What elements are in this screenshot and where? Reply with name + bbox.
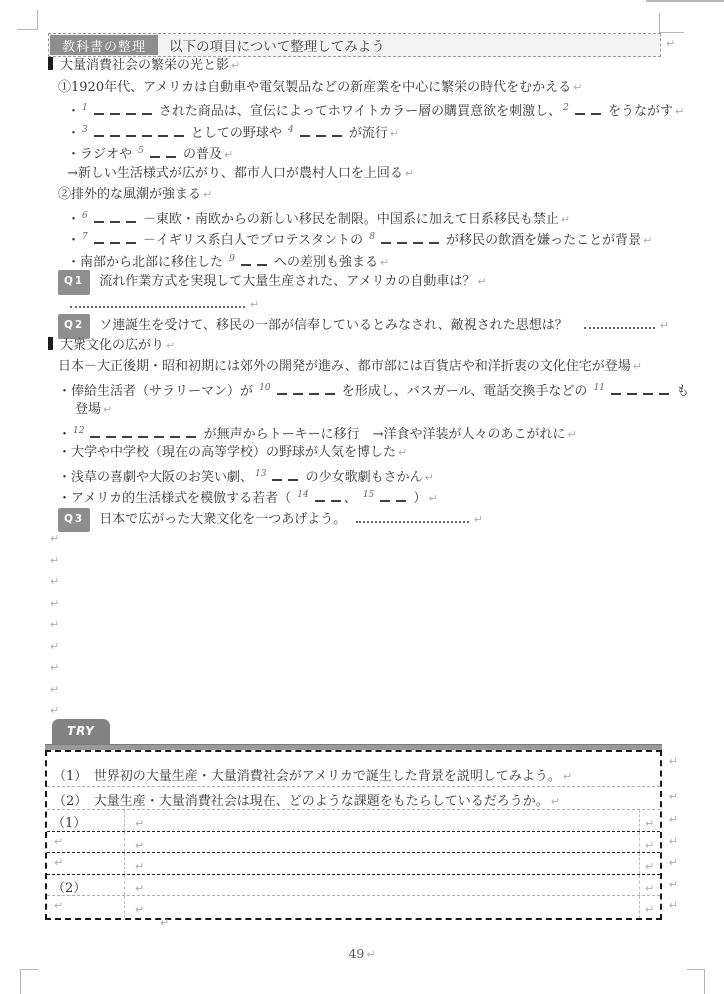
blank-line bbox=[126, 102, 136, 115]
doc-line: ↵ bbox=[48, 614, 668, 636]
paragraph-mark: ↵ bbox=[231, 59, 240, 72]
header-instruction: 以下の項目について整理してみよう bbox=[169, 35, 385, 55]
page-footer: 49↵ bbox=[0, 946, 724, 961]
blank-line bbox=[396, 489, 406, 502]
doc-line: ・アメリカ的生活様式を模倣する若者（ 14、 15 ）↵ bbox=[48, 485, 668, 507]
answer-row-right-cell: ↵ bbox=[639, 875, 660, 896]
text: －イギリス系白人でプロテスタントの bbox=[139, 233, 368, 248]
blank-line bbox=[142, 124, 152, 137]
blank-line bbox=[154, 425, 164, 438]
page-edge-line bbox=[646, 0, 724, 2]
paragraph-mark: ↵ bbox=[660, 319, 669, 332]
doc-line: ・3 としての野球や 4 が流行↵ bbox=[48, 120, 668, 142]
blank-line bbox=[126, 124, 136, 137]
paragraph-mark: ↵ bbox=[366, 948, 375, 961]
paragraph-mark: ↵ bbox=[669, 813, 678, 826]
paragraph-mark: ↵ bbox=[645, 817, 654, 830]
text: 登場 bbox=[75, 402, 101, 417]
blank-line bbox=[397, 231, 407, 244]
paragraph-mark: ↵ bbox=[563, 770, 572, 783]
text: が移民の飲酒を嫌ったことが背景 bbox=[442, 233, 641, 248]
paragraph-mark: ↵ bbox=[135, 860, 144, 873]
blank-line bbox=[293, 382, 303, 395]
text: ） bbox=[409, 491, 426, 506]
paragraph-mark: ↵ bbox=[50, 640, 59, 653]
blank-line bbox=[94, 102, 104, 115]
blank-line bbox=[94, 210, 104, 223]
doc-line: ・12 が無声からトーキーに移行 →洋食や洋装が人々のあこがれに↵ bbox=[48, 421, 668, 443]
text: 、 bbox=[344, 491, 361, 506]
blank-line bbox=[643, 382, 653, 395]
fill-in-blanks bbox=[147, 147, 179, 162]
blank-line bbox=[627, 382, 637, 395]
doc-line: ・南部から北部に移住した 9 への差別も強まる↵ bbox=[48, 249, 668, 271]
fill-in-blanks bbox=[91, 233, 139, 248]
blank-line bbox=[110, 102, 120, 115]
header-label: 教科書の整理 bbox=[50, 35, 158, 55]
paragraph-mark: ↵ bbox=[103, 403, 112, 416]
blank-line bbox=[138, 425, 148, 438]
doc-line: 登場↵ bbox=[48, 399, 668, 421]
blank-line bbox=[166, 145, 176, 158]
blank-line bbox=[158, 124, 168, 137]
paragraph-mark: ↵ bbox=[428, 492, 437, 505]
section-bar-icon bbox=[48, 337, 53, 350]
fill-in-blanks bbox=[274, 384, 338, 399]
doc-line: Q1流れ作業方式を実現して大量生産された、アメリカの自動車は？↵ bbox=[48, 270, 668, 292]
doc-line: Q2ソ連誕生を受けて、移民の一部が信奉しているとみなされ、敵視された思想は？ ↵ bbox=[48, 313, 668, 335]
text: ・ bbox=[67, 126, 80, 141]
blank-line bbox=[257, 253, 267, 266]
try-answer-area: （1）↵↵↵↵↵↵↵↵↵↵↵（2）↵↵↵↵↵↵↵ bbox=[47, 810, 660, 918]
blank-line bbox=[277, 382, 287, 395]
paragraph-mark: ↵ bbox=[160, 916, 169, 929]
blank-line bbox=[186, 425, 196, 438]
answer-row-content: ↵ bbox=[125, 832, 639, 853]
blank-number: 1 bbox=[82, 103, 88, 113]
paragraph-mark: ↵ bbox=[551, 795, 560, 808]
text: ・ bbox=[67, 104, 80, 119]
answer-row-right-cell: ↵ bbox=[639, 832, 660, 853]
doc-line: ↵ bbox=[48, 550, 668, 572]
paragraph-mark: ↵ bbox=[135, 882, 144, 895]
answer-row-right-cell: ↵ bbox=[639, 853, 660, 874]
text: 日本で広がった大衆文化を一つあげよう。 bbox=[99, 512, 353, 527]
fill-in-blanks bbox=[572, 104, 604, 119]
paragraph-mark: ↵ bbox=[50, 554, 59, 567]
blank-line bbox=[174, 124, 184, 137]
paragraph-mark: ↵ bbox=[669, 790, 678, 803]
blank-number: 2 bbox=[563, 103, 569, 113]
paragraph-mark: ↵ bbox=[643, 234, 652, 247]
paragraph-mark: ↵ bbox=[54, 899, 63, 912]
dotted-answer-line bbox=[584, 313, 655, 329]
text: 大衆文化の広がり bbox=[60, 338, 164, 353]
blank-line bbox=[126, 231, 136, 244]
margin-corner-mark-bottom-right bbox=[687, 969, 705, 994]
margin-corner-mark-top-left bbox=[17, 10, 38, 30]
answer-row: （2）↵↵↵ bbox=[47, 875, 660, 897]
text: ・南部から北部に移住した bbox=[67, 255, 227, 270]
paragraph-mark: ↵ bbox=[50, 618, 59, 631]
text: ・大学や中学校（現在の高等学校）の野球が人気を博した bbox=[58, 445, 396, 460]
paragraph-mark: ↵ bbox=[398, 446, 407, 459]
doc-line: ↵ bbox=[48, 657, 668, 679]
doc-line: ・6 －東欧・南欧からの新しい移民を制限。中国系に加えて日系移民も禁止↵ bbox=[48, 206, 668, 228]
text: ・ bbox=[67, 233, 80, 248]
blank-line bbox=[272, 468, 282, 481]
text: ・ bbox=[58, 427, 71, 442]
blank-line bbox=[110, 231, 120, 244]
paragraph-mark: ↵ bbox=[54, 835, 63, 848]
blank-line bbox=[591, 102, 601, 115]
fill-in-blanks bbox=[238, 255, 270, 270]
paragraph-mark: ↵ bbox=[135, 903, 144, 916]
paragraph-mark: ↵ bbox=[50, 597, 59, 610]
page-number: 49 bbox=[348, 946, 364, 961]
try-question-text: （2） 大量生産・大量消費社会は現在、どのような課題をもたらしているだろうか。 bbox=[53, 794, 549, 809]
paragraph-mark: ↵ bbox=[50, 575, 59, 588]
text: ・浅草の喜劇や大阪のお笑い劇、 bbox=[58, 470, 253, 485]
blank-number: 9 bbox=[229, 254, 235, 264]
doc-line: ①1920年代、アメリカは自動車や電気製品などの新産業を中心に繁栄の時代をむかえ… bbox=[48, 77, 668, 99]
answer-row: （1）↵↵↵ bbox=[47, 810, 660, 832]
paragraph-mark: ↵ bbox=[135, 839, 144, 852]
text: としての野球や bbox=[187, 126, 286, 141]
fill-in-blanks bbox=[297, 126, 345, 141]
answer-row: ↵↵↵↵ bbox=[47, 853, 660, 875]
doc-line: ②排外的な風潮が強まる↵ bbox=[48, 184, 668, 206]
answer-row-right-cell: ↵ bbox=[639, 896, 660, 918]
text: をうながす bbox=[604, 104, 673, 119]
paragraph-mark: ↵ bbox=[666, 37, 675, 50]
blank-line bbox=[325, 382, 335, 395]
blank-number: 14 bbox=[297, 490, 308, 500]
paragraph-mark: ↵ bbox=[405, 167, 414, 180]
text: の普及 bbox=[179, 147, 222, 162]
text: の少女歌劇もさかん bbox=[301, 470, 422, 485]
text: への差別も強まる bbox=[270, 255, 378, 270]
text: ・ bbox=[67, 212, 80, 227]
paragraph-mark: ↵ bbox=[50, 661, 59, 674]
paragraph-mark: ↵ bbox=[645, 903, 654, 916]
text: ソ連誕生を受けて、移民の一部が信奉しているとみなされ、敵視された思想は？ bbox=[99, 318, 581, 333]
margin-corner-mark-bottom-left bbox=[20, 969, 38, 994]
paragraph-mark: ↵ bbox=[50, 683, 59, 696]
paragraph-mark: ↵ bbox=[390, 127, 399, 140]
text: ・俸給生活者（サラリーマン）が bbox=[58, 384, 257, 399]
blank-line bbox=[611, 382, 621, 395]
blank-line bbox=[316, 124, 326, 137]
doc-line: ↵ bbox=[48, 679, 668, 701]
text: ・アメリカ的生活様式を模倣する若者（ bbox=[58, 491, 295, 506]
blank-number: 10 bbox=[259, 383, 270, 393]
answer-row-label: ↵ bbox=[47, 853, 125, 874]
paragraph-mark: ↵ bbox=[425, 471, 434, 484]
margin-corner-mark-top-right bbox=[659, 13, 684, 33]
paragraph-mark: ↵ bbox=[50, 532, 59, 545]
doc-line: ・大学や中学校（現在の高等学校）の野球が人気を博した↵ bbox=[48, 442, 668, 464]
text: も bbox=[672, 384, 689, 399]
blank-line bbox=[300, 124, 310, 137]
doc-line: ↵ bbox=[48, 636, 668, 658]
blank-line bbox=[90, 425, 100, 438]
blank-line bbox=[315, 489, 325, 502]
paragraph-mark: ↵ bbox=[645, 860, 654, 873]
answer-row-content: ↵ bbox=[125, 875, 639, 896]
paragraph-mark: ↵ bbox=[669, 856, 678, 869]
paragraph-mark: ↵ bbox=[135, 817, 144, 830]
text: －東欧・南欧からの新しい移民を制限。中国系に加えて日系移民も禁止 bbox=[139, 212, 559, 227]
blank-line bbox=[659, 382, 669, 395]
try-table: （1） 世界初の大量生産・大量消費社会がアメリカで誕生した背景を説明してみよう。… bbox=[45, 750, 662, 920]
answer-row-label: （2） bbox=[47, 875, 125, 896]
blank-line bbox=[429, 231, 439, 244]
blank-line bbox=[110, 124, 120, 137]
blank-number: 8 bbox=[369, 232, 375, 242]
doc-line: →新しい生活様式が広がり、都市人口が農村人口を上回る↵ bbox=[48, 163, 668, 185]
text: された商品は、宣伝によってホワイトカラー層の購買意欲を刺激し、 bbox=[155, 104, 561, 119]
fill-in-blanks bbox=[608, 384, 672, 399]
paragraph-mark: ↵ bbox=[645, 839, 654, 852]
blank-line bbox=[380, 489, 390, 502]
paragraph-mark: ↵ bbox=[669, 899, 678, 912]
blank-line bbox=[150, 145, 160, 158]
answer-row-label: ↵ bbox=[47, 832, 125, 853]
blank-line bbox=[575, 102, 585, 115]
section-header-box: 教科書の整理 以下の項目について整理してみよう bbox=[48, 33, 661, 57]
blank-number: 11 bbox=[594, 383, 605, 393]
blank-number: 13 bbox=[255, 469, 266, 479]
blank-line bbox=[309, 382, 319, 395]
paragraph-mark: ↵ bbox=[54, 856, 63, 869]
paragraph-mark: ↵ bbox=[573, 81, 582, 94]
text: が流行 bbox=[345, 126, 388, 141]
doc-line: 日本－大正後期・昭和初期には郊外の開発が進み、都市部には百貨店や和洋折衷の文化住… bbox=[48, 356, 668, 378]
blank-line bbox=[331, 489, 341, 502]
blank-number: 4 bbox=[288, 125, 294, 135]
answer-row: ↵↵↵↵ bbox=[47, 896, 660, 918]
dotted-answer-line bbox=[356, 507, 469, 523]
paragraph-mark: ↵ bbox=[561, 213, 570, 226]
section-bar-icon bbox=[48, 57, 53, 70]
paragraph-mark: ↵ bbox=[477, 275, 486, 288]
answer-row-label: ↵ bbox=[47, 896, 125, 918]
paragraph-mark: ↵ bbox=[669, 878, 678, 891]
blank-line bbox=[241, 253, 251, 266]
paragraph-mark: ↵ bbox=[568, 428, 577, 441]
blank-line bbox=[413, 231, 423, 244]
doc-line: ↵ bbox=[48, 528, 668, 550]
blank-number: 5 bbox=[138, 146, 144, 156]
q-badge: Q3 bbox=[58, 508, 90, 533]
paragraph-mark: ↵ bbox=[250, 298, 259, 311]
blank-line bbox=[110, 210, 120, 223]
paragraph-mark: ↵ bbox=[474, 513, 483, 526]
blank-line bbox=[94, 231, 104, 244]
answer-row-label: （1） bbox=[47, 810, 125, 831]
blank-line bbox=[142, 102, 152, 115]
blank-line bbox=[288, 468, 298, 481]
document-page: 教科書の整理 以下の項目について整理してみよう ↵ 大量消費社会の繁栄の光と影↵… bbox=[0, 0, 724, 994]
paragraph-mark: ↵ bbox=[645, 882, 654, 895]
text: が無声からトーキーに移行 →洋食や洋装が人々のあこがれに bbox=[199, 427, 565, 442]
fill-in-blanks bbox=[91, 126, 187, 141]
doc-line: ↵ bbox=[48, 700, 668, 722]
blank-line bbox=[106, 425, 116, 438]
paragraph-mark: ↵ bbox=[675, 105, 684, 118]
doc-line: Q3日本で広がった大衆文化を一つあげよう。 ↵ bbox=[48, 507, 668, 529]
doc-line: ↵ bbox=[48, 593, 668, 615]
text: ②排外的な風潮が強まる bbox=[58, 187, 201, 202]
fill-in-blanks bbox=[378, 233, 442, 248]
paragraph-mark: ↵ bbox=[166, 339, 175, 352]
answer-row-content: ↵ bbox=[125, 853, 639, 874]
text: →新しい生活様式が広がり、都市人口が農村人口を上回る bbox=[67, 166, 403, 181]
try-tab: TRY bbox=[52, 719, 110, 744]
doc-line: ・ラジオや 5 の普及↵ bbox=[48, 141, 668, 163]
try-question-row-2: （2） 大量生産・大量消費社会は現在、どのような課題をもたらしているだろうか。↵… bbox=[47, 787, 660, 810]
paragraph-mark: ↵ bbox=[669, 835, 678, 848]
doc-line: ↵ bbox=[48, 571, 668, 593]
paragraph-mark: ↵ bbox=[203, 188, 212, 201]
try-question-row-1: （1） 世界初の大量生産・大量消費社会がアメリカで誕生した背景を説明してみよう。… bbox=[47, 752, 660, 787]
fill-in-blanks bbox=[91, 212, 139, 227]
fill-in-blanks bbox=[377, 491, 409, 506]
blank-number: 7 bbox=[82, 232, 88, 242]
paragraph-mark: ↵ bbox=[633, 360, 642, 373]
paragraph-mark: ↵ bbox=[669, 755, 678, 768]
blank-number: 12 bbox=[73, 426, 84, 436]
doc-line: 大量消費社会の繁栄の光と影↵ bbox=[48, 55, 668, 77]
doc-line: ・1 された商品は、宣伝によってホワイトカラー層の購買意欲を刺激し、2 をうなが… bbox=[48, 98, 668, 120]
blank-line bbox=[170, 425, 180, 438]
text: 大量消費社会の繁栄の光と影 bbox=[60, 58, 229, 73]
doc-line: 大衆文化の広がり↵ bbox=[48, 335, 668, 357]
text: を形成し、バスガール、電話交換手などの bbox=[338, 384, 592, 399]
fill-in-blanks bbox=[269, 470, 301, 485]
blank-line bbox=[126, 210, 136, 223]
doc-line: ・7 －イギリス系白人でプロテスタントの 8 が移民の飲酒を嫌ったことが背景↵ bbox=[48, 227, 668, 249]
dotted-answer-line bbox=[70, 292, 245, 308]
fill-in-blanks bbox=[91, 104, 155, 119]
paragraph-mark: ↵ bbox=[224, 148, 233, 161]
doc-line: ↵ bbox=[48, 292, 668, 314]
try-question-text: （1） 世界初の大量生産・大量消費社会がアメリカで誕生した背景を説明してみよう。 bbox=[53, 769, 561, 784]
blank-number: 6 bbox=[82, 211, 88, 221]
worksheet-body: 大量消費社会の繁栄の光と影↵①1920年代、アメリカは自動車や電気製品などの新産… bbox=[48, 55, 668, 722]
paragraph-mark: ↵ bbox=[50, 704, 59, 717]
text: ・ラジオや bbox=[67, 147, 136, 162]
blank-line bbox=[94, 124, 104, 137]
blank-number: 3 bbox=[82, 125, 88, 135]
blank-line bbox=[332, 124, 342, 137]
doc-line: ・俸給生活者（サラリーマン）が 10 を形成し、バスガール、電話交換手などの 1… bbox=[48, 378, 668, 400]
blank-line bbox=[122, 425, 132, 438]
answer-row-content: ↵ bbox=[125, 810, 639, 831]
answer-row-content: ↵ bbox=[125, 896, 639, 918]
answer-row: ↵↵↵↵ bbox=[47, 832, 660, 854]
doc-line: ・浅草の喜劇や大阪のお笑い劇、13 の少女歌劇もさかん↵ bbox=[48, 464, 668, 486]
paragraph-mark: ↵ bbox=[380, 256, 389, 269]
fill-in-blanks bbox=[87, 427, 199, 442]
text: 日本－大正後期・昭和初期には郊外の開発が進み、都市部には百貨店や和洋折衷の文化住… bbox=[58, 359, 631, 374]
text: 流れ作業方式を実現して大量生産された、アメリカの自動車は？ bbox=[99, 274, 475, 289]
blank-line bbox=[381, 231, 391, 244]
blank-number: 15 bbox=[363, 490, 374, 500]
fill-in-blanks bbox=[312, 491, 344, 506]
answer-row-right-cell: ↵ bbox=[639, 810, 660, 831]
text: ①1920年代、アメリカは自動車や電気製品などの新産業を中心に繁栄の時代をむかえ… bbox=[58, 80, 571, 95]
